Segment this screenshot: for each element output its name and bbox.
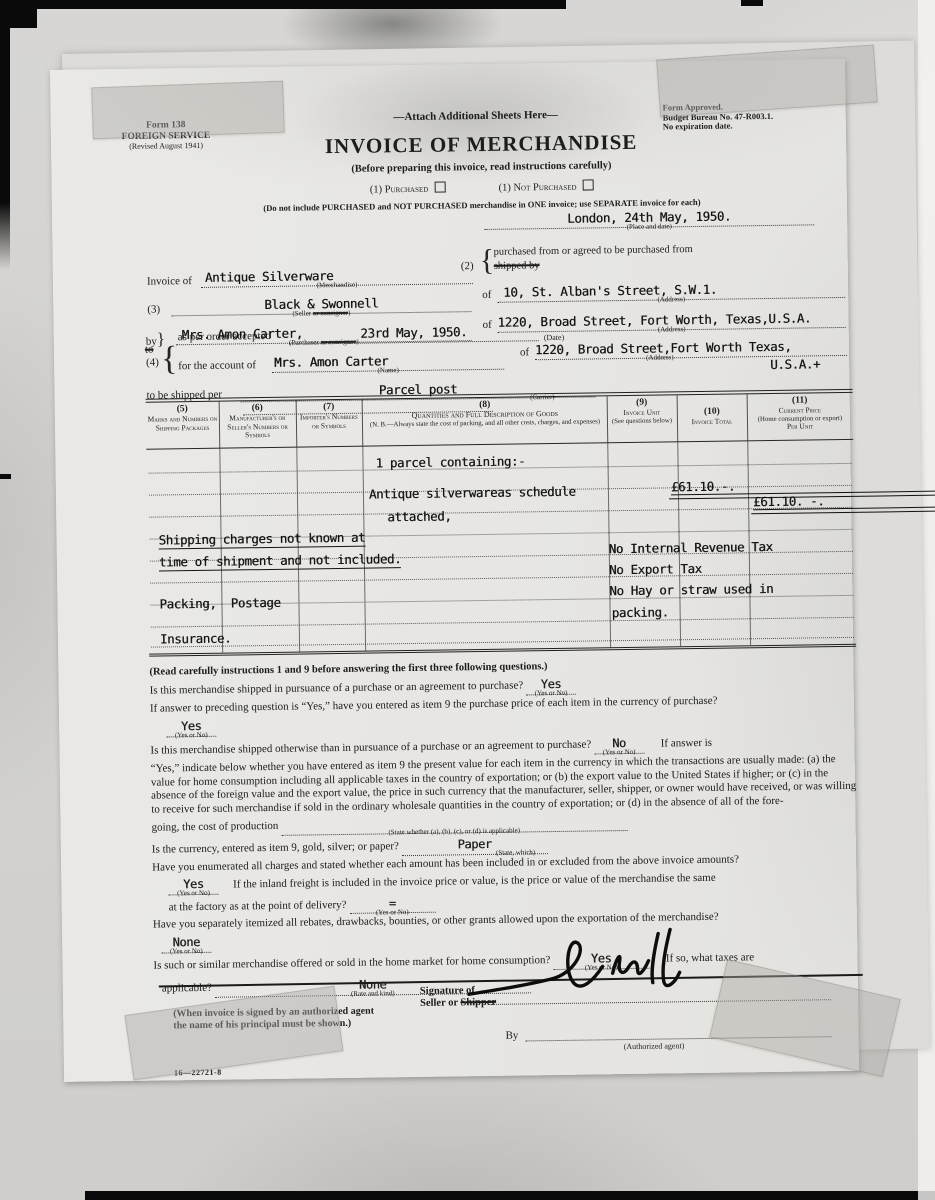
address1-line: 10, St. Alban's Street, S.W.1.(Address) xyxy=(497,279,845,303)
header-label: Importer's Numbers or Symbols xyxy=(297,413,361,431)
item3-number: (3) xyxy=(147,303,160,315)
applicable-label: applicable? xyxy=(162,982,212,995)
item2-brace: { xyxy=(479,244,494,278)
merchandise-value: Antique Silverware xyxy=(201,268,333,285)
invoice-of-label: Invoice of xyxy=(147,275,192,288)
address3-caption: (Address) xyxy=(646,353,674,361)
order-date-line: 23rd May, 1950. xyxy=(289,322,539,344)
answer-caption: (Yes or No) xyxy=(177,889,210,897)
entry-tax4: packing. xyxy=(612,604,669,620)
question-4-text: Is the currency, entered as item 9, gold… xyxy=(152,840,399,855)
goods-table-body: 1 parcel containing:- Antique silverware… xyxy=(146,439,856,657)
question-5c-answer: =(Yes or No) xyxy=(349,894,435,914)
entry-shipping-note1: Shipping charges not known at xyxy=(158,530,365,550)
entry-description: Antique silverwareas schedule xyxy=(369,484,576,502)
entry-attached: attached, xyxy=(387,508,451,524)
header-current-price: (11) Current Price (Home consump­tion or… xyxy=(748,395,852,432)
address2-line: 1220, Broad Street, Fort Worth, Texas,U.… xyxy=(497,309,845,333)
row-rule xyxy=(149,507,852,518)
answer-caption: (State, which) xyxy=(496,848,535,857)
goods-table: (5) Marks and Numbers on Shipping Packag… xyxy=(146,389,856,654)
purchased-label: (1) Purchased xyxy=(370,184,429,196)
answer-caption: (Rate and kind) xyxy=(351,989,395,998)
invoice-sheet: Form 138 FOREIGN SERVICE (Revised August… xyxy=(50,59,859,1082)
answer-caption: (Yes or No) xyxy=(535,689,568,697)
answer-value: Paper xyxy=(457,837,491,851)
entry-parcel: 1 parcel containing:- xyxy=(375,453,525,470)
account-field: Mrs. Amon Carter(Name) xyxy=(272,351,504,373)
film-mark-top xyxy=(741,0,763,6)
seller-field: Black & Swonnell(Seller or consignor) xyxy=(171,293,471,316)
by-field-label: By xyxy=(505,1030,518,1042)
question-4-answer: Paper(State, which) xyxy=(401,835,547,856)
row-rule xyxy=(151,637,854,648)
address2-caption: (Address) xyxy=(658,325,686,333)
not-purchased-checkbox xyxy=(582,179,593,190)
cost-of-production-label: going, the cost of production xyxy=(152,820,279,834)
shipped-by-option: shipped by xyxy=(494,257,693,274)
address2-value: 1220, Broad Street, Fort Worth, Texas,U.… xyxy=(497,310,811,329)
order-accepted-label: as per order accepted xyxy=(178,330,271,343)
entry-tax1: No Internal Revenue Tax xyxy=(609,539,773,556)
header-note2: Per Unit xyxy=(748,422,852,432)
header-invoice-unit: (9) Invoice Unit (See questions below) xyxy=(608,397,676,425)
authorized-agent-caption: (Authorized agent) xyxy=(624,1041,685,1051)
header-note: (See questions below) xyxy=(608,417,676,425)
question-6-answer: None(Yes or No) xyxy=(161,934,211,953)
seller-text: Seller or xyxy=(420,997,458,1009)
question-3-text: Is this merchandise shipped otherwise th… xyxy=(150,739,591,757)
header-marks: (5) Marks and Numbers on Shipping Packag… xyxy=(147,404,218,433)
answer-caption: (Yes or No) xyxy=(170,947,203,955)
purchased-checkbox xyxy=(434,181,445,192)
purchased-from-option: purchased from or agreed to be purchased… xyxy=(493,243,692,260)
col-divider xyxy=(362,446,366,651)
place-date-line: London, 24th May, 1950.(Place and date) xyxy=(484,206,814,230)
header-label: Manufac­turer's or Seller's Numbers or S… xyxy=(220,414,295,441)
entry-tax2: No Export Tax xyxy=(609,561,702,577)
question-5-answer: Yes(Yes or No) xyxy=(168,875,218,894)
seller-caption-open: (Seller xyxy=(292,309,313,317)
header-label: Marks and Numbers on Shipping Packages xyxy=(147,415,218,433)
place-date-field: London, 24th May, 1950.(Place and date) xyxy=(484,206,814,230)
cost-of-production-field: (State whether (a), (b), (c), or (d) is … xyxy=(281,812,627,836)
merchandise-caption: (Merchandise) xyxy=(317,281,358,290)
order-date-value: 23rd May, 1950. xyxy=(360,324,467,340)
entry-tax3: No Hay or straw used in xyxy=(609,581,773,598)
answer-caption: (Yes or No) xyxy=(603,748,636,756)
question-3-answer: No(Yes or No) xyxy=(594,735,644,754)
handwritten-signature xyxy=(462,925,698,1010)
address2-field: 1220, Broad Street, Fort Worth, Texas,U.… xyxy=(497,309,845,333)
header-invoice-total: (10) Invoice Total xyxy=(678,396,746,426)
film-edge-bottom xyxy=(85,1191,935,1200)
photograph-of-invoice-form: Form 138 FOREIGN SERVICE (Revised August… xyxy=(0,0,935,1200)
to-struck-label: to xyxy=(145,344,154,356)
entry-insurance: Insurance. xyxy=(160,631,231,647)
entry-shipping-note2: time of shipment and not included. xyxy=(159,551,401,571)
address3-of: of xyxy=(520,346,529,358)
item4-number: (4) xyxy=(146,357,159,369)
question-5c-text: at the factory as at the point of delive… xyxy=(169,898,347,912)
address3-value2: U.S.A.+ xyxy=(770,356,820,372)
col-divider xyxy=(219,448,223,653)
seller-caption-struck: or consignor xyxy=(313,309,348,317)
address1-of: of xyxy=(482,289,491,301)
merchandise-line: Antique Silverware(Merchandise) xyxy=(201,265,473,288)
question-1-text: Is this merchandise shipped in pursuance… xyxy=(150,679,524,696)
account-value: Mrs. Amon Carter xyxy=(272,353,388,370)
col-divider xyxy=(362,400,364,446)
row-rule xyxy=(151,617,854,628)
answer-caption: (Yes or No) xyxy=(175,731,208,739)
order-date-field: 23rd May, 1950. xyxy=(289,322,539,344)
address1-caption: (Address) xyxy=(657,295,685,303)
seller-caption-close: ) xyxy=(348,309,350,317)
film-edge-left xyxy=(0,0,10,270)
question-3-tail: If answer is xyxy=(661,737,712,750)
header-label: Invoice Total xyxy=(678,417,746,426)
seller-caption: (Seller or consignor) xyxy=(292,309,350,318)
merchandise-field: Antique Silverware(Merchandise) xyxy=(201,265,473,288)
question-2-answer: Yes(Yes or No) xyxy=(166,718,216,737)
attach-sheets-note: —Attach Additional Sheets Here— xyxy=(321,108,631,124)
item2-number: (2) xyxy=(461,260,474,272)
name-caption: (Name) xyxy=(377,366,399,374)
answer-caption: (Yes or No) xyxy=(376,908,409,916)
place-date-caption: (Place and date) xyxy=(627,222,672,231)
seller-line: Black & Swonnell(Seller or consignor) xyxy=(171,293,471,316)
header-importer: (7) Importer's Numbers or Symbols xyxy=(297,402,361,431)
item4-brace: { xyxy=(161,340,178,378)
question-3-paragraph: “Yes,” indicate below whether you have e… xyxy=(151,753,862,817)
header-description: (8) Quantities and Full Description of G… xyxy=(368,398,602,428)
header-manufacturer: (6) Manufac­turer's or Seller's Numbers … xyxy=(220,403,296,441)
question-1-answer: Yes(Yes or No) xyxy=(526,676,576,695)
account-label: for the account of xyxy=(178,359,256,372)
entry-packing: Packing, Postage xyxy=(159,595,280,612)
not-purchased-label: (1) Not Purchased xyxy=(498,182,576,194)
item2-options: purchased from or agreed to be purchased… xyxy=(493,243,693,274)
col-divider xyxy=(296,447,300,652)
tape-top-left xyxy=(91,81,285,140)
film-mark-left xyxy=(0,474,11,479)
question-5-tail: If the inland freight is included in the… xyxy=(233,872,716,891)
address1-field: 10, St. Alban's Street, S.W.1.(Address) xyxy=(497,279,845,303)
film-edge-top xyxy=(0,0,566,9)
account-line: Mrs. Amon Carter(Name) xyxy=(272,351,504,373)
